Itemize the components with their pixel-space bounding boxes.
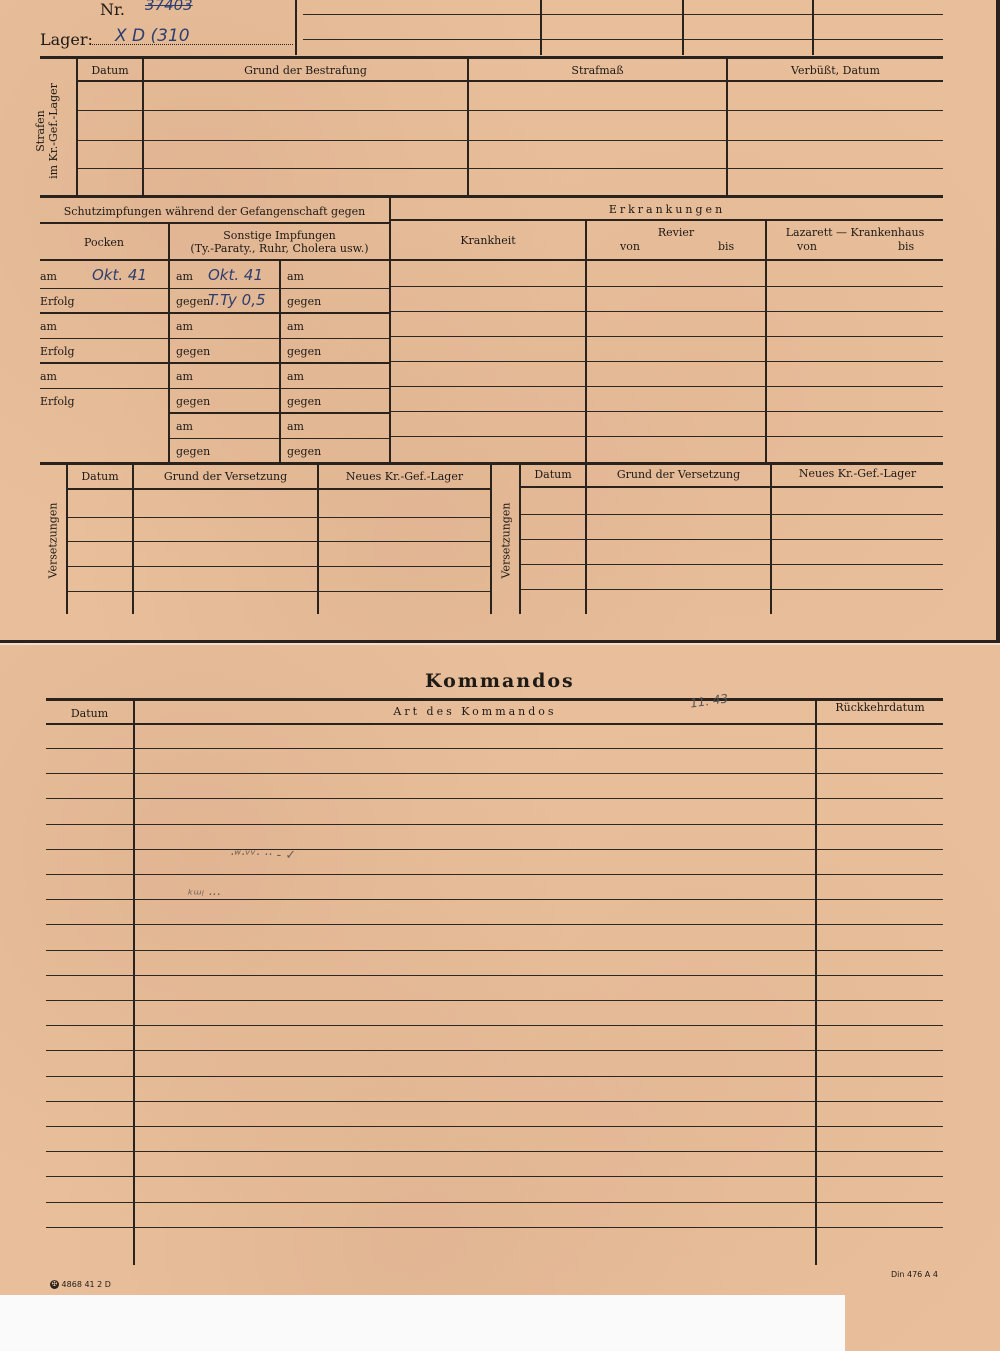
row-rule xyxy=(170,312,389,314)
row-rule xyxy=(46,849,943,850)
rule xyxy=(40,56,943,59)
divider xyxy=(295,0,297,55)
row-rule xyxy=(68,517,490,518)
sonstige-am-4b: am xyxy=(287,420,304,433)
side-label-line1: Strafen xyxy=(34,66,47,196)
sheet-edge xyxy=(996,0,1000,640)
divider xyxy=(765,220,767,462)
row-rule xyxy=(391,311,943,312)
sonstige-am-1a: am xyxy=(176,270,193,283)
rule xyxy=(40,195,943,198)
col-pocken: Pocken xyxy=(40,236,168,249)
sonstige-am-3b: am xyxy=(287,370,304,383)
sonstige-gegen-1a-value: T.Ty 0,5 xyxy=(208,291,266,309)
sonstige-am-1b: am xyxy=(287,270,304,283)
row-rule xyxy=(46,1151,943,1152)
row-rule xyxy=(68,541,490,542)
divider xyxy=(815,700,817,1265)
versetzungen-side-label-right: Versetzungen xyxy=(500,486,513,596)
din-label: Din 476 A 4 xyxy=(891,1270,938,1279)
print-code: ✠ 4868 41 2 D xyxy=(50,1280,111,1289)
pocken-erfolg-1: Erfolg xyxy=(40,295,75,308)
sonstige-gegen-1a: gegen xyxy=(176,295,210,308)
sonstige-am-2b: am xyxy=(287,320,304,333)
lager-value: X D (310 xyxy=(115,26,190,46)
row-rule xyxy=(46,798,943,799)
row-rule xyxy=(46,1076,943,1077)
row-rule xyxy=(46,1050,943,1051)
sonstige-am-2a: am xyxy=(176,320,193,333)
faint-stamp-1: ·ʷ·ᵛᵛ· ·· - ✓ xyxy=(230,848,296,863)
sonstige-gegen-2b: gegen xyxy=(287,345,321,358)
row-rule xyxy=(46,1101,943,1102)
row-rule xyxy=(170,388,389,389)
vers-col-datum-right: Datum xyxy=(521,468,585,481)
row-rule xyxy=(46,1227,943,1228)
row-rule xyxy=(40,288,168,289)
row-rule xyxy=(40,362,168,364)
vers-col-datum-left: Datum xyxy=(68,470,132,483)
row-rule xyxy=(46,773,943,774)
sonstige-gegen-3b: gegen xyxy=(287,395,321,408)
row-rule xyxy=(46,1176,943,1177)
kommandos-title: Kommandos xyxy=(425,670,575,692)
row-rule xyxy=(170,412,389,414)
row-rule xyxy=(46,1000,943,1001)
row-rule xyxy=(391,336,943,337)
pocken-am-3: am xyxy=(40,370,57,383)
divider xyxy=(490,464,492,614)
row-rule xyxy=(46,1202,943,1203)
lager-label: Lager: xyxy=(40,30,93,49)
rule xyxy=(391,219,943,221)
col-krankheit: Krankheit xyxy=(391,234,585,247)
col-datum: Datum xyxy=(78,64,142,77)
faint-stamp-2: ᵏᵚᵎ ·‧· xyxy=(188,888,221,903)
sonstige-am-3a: am xyxy=(176,370,193,383)
row-rule xyxy=(391,286,943,287)
vers-col-grund-left: Grund der Versetzung xyxy=(134,470,317,483)
strafen-side-label: Strafen im Kr.-Gef.-Lager xyxy=(34,66,60,196)
row-rule xyxy=(391,411,943,412)
row-rule xyxy=(46,748,943,749)
row-rule xyxy=(46,874,943,875)
rule xyxy=(40,222,389,224)
divider xyxy=(467,58,469,195)
nr-value: 37403 xyxy=(145,0,193,14)
row-rule xyxy=(521,589,943,590)
row-rule xyxy=(68,591,490,592)
row-rule xyxy=(521,514,943,515)
sonstige-gegen-4a: gegen xyxy=(176,445,210,458)
row-rule xyxy=(46,899,943,900)
sonstige-gegen-4b: gegen xyxy=(287,445,321,458)
col-revier: Revier xyxy=(587,226,765,239)
pocken-am-2: am xyxy=(40,320,57,333)
row-rule xyxy=(40,312,168,314)
col-lazarett: Lazarett — Krankenhaus xyxy=(767,226,943,239)
divider xyxy=(726,58,728,195)
sonstige-gegen-3a: gegen xyxy=(176,395,210,408)
sonstige-gegen-2a: gegen xyxy=(176,345,210,358)
kommandos-col-rueckkehr: Rückkehrdatum xyxy=(817,701,943,714)
row-rule xyxy=(40,338,168,339)
kommandos-col-datum: Datum xyxy=(46,707,133,720)
pocken-erfolg-3: Erfolg xyxy=(40,395,75,408)
divider xyxy=(76,58,78,195)
revier-von: von xyxy=(620,240,640,253)
row-rule xyxy=(68,566,490,567)
col-sonstige-sub: (Ty.-Paraty., Ruhr, Cholera usw.) xyxy=(170,242,389,255)
sonstige-am-4a: am xyxy=(176,420,193,433)
erkrankungen-title: Erkrankungen xyxy=(391,203,943,216)
col-sonstige: Sonstige Impfungen xyxy=(170,229,389,242)
print-code-text: 4868 41 2 D xyxy=(62,1280,111,1289)
lazarett-von: von xyxy=(797,240,817,253)
row-rule xyxy=(170,338,389,339)
row-rule xyxy=(391,361,943,362)
row-rule xyxy=(78,110,943,111)
pocken-am-1-value: Okt. 41 xyxy=(92,266,147,284)
row-rule xyxy=(391,436,943,437)
col-grund-bestrafung: Grund der Bestrafung xyxy=(144,64,467,77)
row-rule xyxy=(46,950,943,951)
row-rule xyxy=(46,1126,943,1127)
row-rule xyxy=(521,539,943,540)
divider xyxy=(540,0,542,55)
sonstige-gegen-1b: gegen xyxy=(287,295,321,308)
row-rule xyxy=(40,388,168,389)
side-label-line2: im Kr.-Gef.-Lager xyxy=(47,66,60,196)
row-rule xyxy=(46,924,943,925)
header-rule xyxy=(68,488,490,490)
vers-col-grund-right: Grund der Versetzung xyxy=(587,468,770,481)
nr-label: Nr. xyxy=(100,0,125,19)
row-rule xyxy=(46,1025,943,1026)
row-rule xyxy=(170,288,389,289)
divider xyxy=(142,58,144,195)
row-rule xyxy=(78,140,943,141)
scan-background xyxy=(0,1295,845,1351)
row-rule xyxy=(78,168,943,169)
vers-col-lager-right: Neues Kr.-Gef.-Lager xyxy=(772,467,943,480)
impfungen-title: Schutzimpfungen während der Gefangenscha… xyxy=(40,205,389,218)
divider xyxy=(812,0,814,55)
vers-col-lager-left: Neues Kr.-Gef.-Lager xyxy=(319,470,490,483)
divider xyxy=(133,700,135,1265)
rule xyxy=(303,39,943,40)
row-rule xyxy=(391,386,943,387)
header-rule xyxy=(521,486,943,488)
header-rule xyxy=(46,723,943,725)
rule xyxy=(303,14,943,15)
bottom-sheet xyxy=(0,640,1000,1351)
col-verbuesst-datum: Verbüßt, Datum xyxy=(728,64,943,77)
pocken-erfolg-2: Erfolg xyxy=(40,345,75,358)
fold-highlight xyxy=(0,643,1000,645)
revier-bis: bis xyxy=(718,240,734,253)
divider xyxy=(585,220,587,462)
header-rule xyxy=(78,80,943,82)
row-rule xyxy=(46,824,943,825)
row-rule xyxy=(170,362,389,364)
header-rule xyxy=(40,259,943,261)
row-rule xyxy=(170,438,389,439)
pocken-am-1: am xyxy=(40,270,57,283)
printer-mark-icon: ✠ xyxy=(50,1280,59,1289)
divider xyxy=(682,0,684,55)
rule xyxy=(46,698,943,701)
versetzungen-side-label-left: Versetzungen xyxy=(47,486,60,596)
row-rule xyxy=(521,564,943,565)
row-rule xyxy=(46,975,943,976)
divider xyxy=(279,260,281,462)
sonstige-am-1a-value: Okt. 41 xyxy=(208,266,263,284)
lazarett-bis: bis xyxy=(898,240,914,253)
col-strafmass: Strafmaß xyxy=(469,64,726,77)
